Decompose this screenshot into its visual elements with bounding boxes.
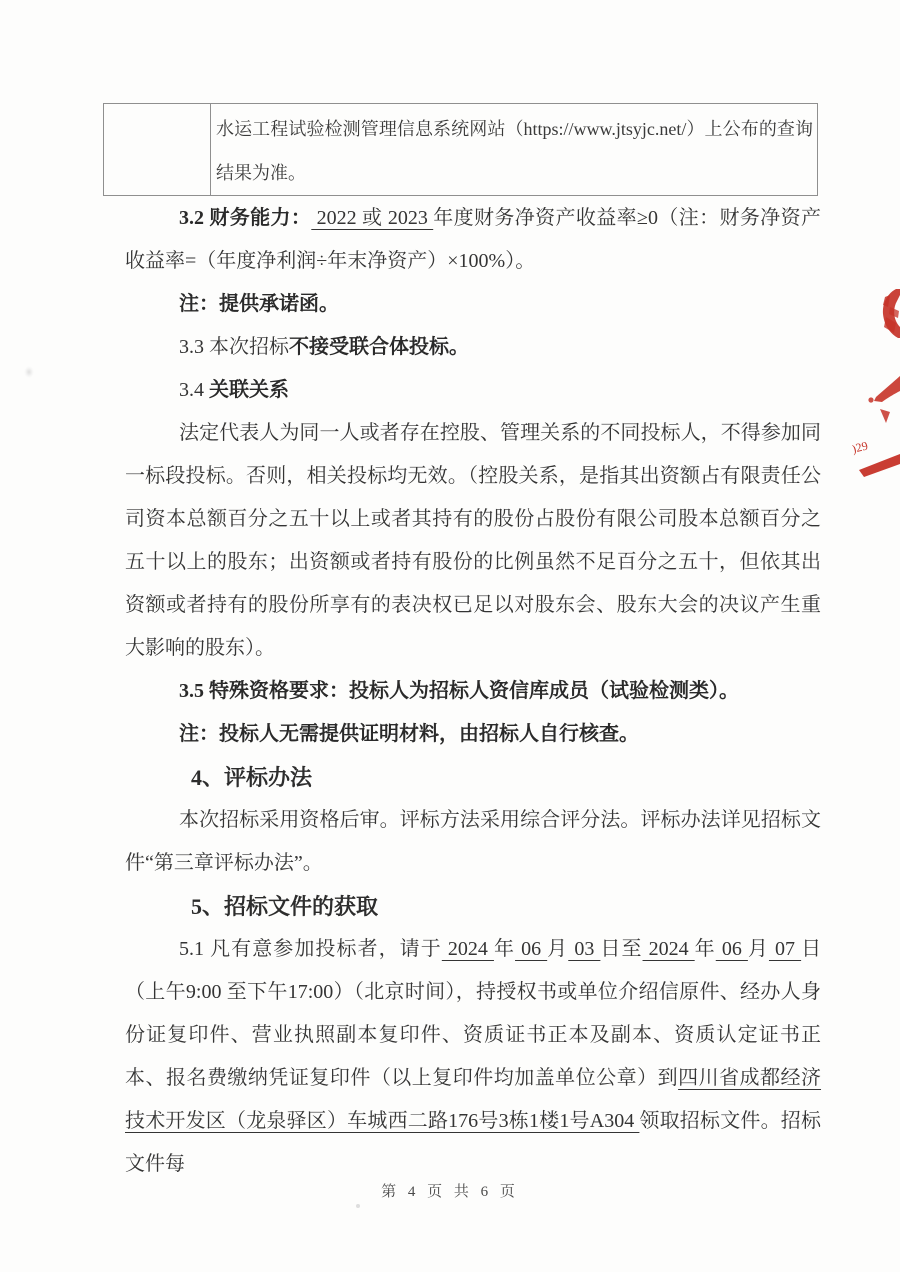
paragraph-3-5-special-qualification: 3.5 特殊资格要求：投标人为招标人资信库成员（试验检测类）。 — [125, 670, 821, 713]
text-segment: 2024 — [442, 938, 494, 960]
text-segment: 3.4 — [179, 379, 209, 401]
text-segment: 年 — [494, 938, 515, 960]
table-cell-empty — [104, 104, 211, 196]
paragraph-affiliation-rules: 法定代表人为同一人或者存在控股、管理关系的不同投标人，不得参加同一标段投标。否则… — [125, 412, 821, 670]
text-segment: 06 — [716, 938, 748, 960]
text-segment: 5.1 凡有意参加投标者，请于 — [179, 938, 442, 960]
text-segment: 本次招标采用资格后审。评标方法采用综合评分法。评标办法详见招标文件“第三章评标办… — [125, 809, 821, 874]
section-heading-5-obtain-documents: 5、招标文件的获取 — [125, 885, 821, 928]
info-table: 水运工程试验检测管理信息系统网站（https://www.jtsyjc.net/… — [103, 103, 818, 196]
scan-artifact-smudge — [24, 366, 34, 378]
body-text-column: 3.2 财务能力： 2022 或 2023 年度财务净资产收益率≥0（注：财务净… — [125, 197, 821, 1186]
paragraph-evaluation-method: 本次招标采用资格后审。评标方法采用综合评分法。评标办法详见招标文件“第三章评标办… — [125, 799, 821, 885]
text-segment: 年 — [695, 938, 716, 960]
text-segment: 2024 — [643, 938, 695, 960]
text-segment: 法定代表人为同一人或者存在控股、管理关系的不同投标人，不得参加同一标段投标。否则… — [125, 422, 821, 659]
text-segment: 注：投标人无需提供证明材料，由招标人自行核查。 — [179, 723, 639, 745]
official-seal-fragment: )29 — [852, 283, 900, 498]
page-number-footer: 第 4 页 共 6 页 — [0, 1180, 900, 1201]
text-segment: 财务能力： — [209, 207, 311, 229]
note-no-proof-needed: 注：投标人无需提供证明材料，由招标人自行核查。 — [125, 713, 821, 756]
table-cell-text: 水运工程试验检测管理信息系统网站（https://www.jtsyjc.net/… — [211, 104, 818, 196]
paragraph-3-3-no-consortium: 3.3 本次招标不接受联合体投标。 — [125, 326, 821, 369]
paragraph-5-1-document-pickup: 5.1 凡有意参加投标者，请于 2024 年 06 月 03 日至 2024 年… — [125, 928, 821, 1186]
text-segment: 06 — [515, 938, 547, 960]
table-row: 水运工程试验检测管理信息系统网站（https://www.jtsyjc.net/… — [104, 104, 818, 196]
document-page: 水运工程试验检测管理信息系统网站（https://www.jtsyjc.net/… — [0, 0, 900, 1272]
text-segment: 月 — [748, 938, 769, 960]
text-segment: 关联关系 — [209, 379, 289, 401]
text-segment: 日至 — [600, 938, 642, 960]
paragraph-3-4-affiliation-heading: 3.4 关联关系 — [125, 369, 821, 412]
section-heading-4-evaluation-method: 4、评标办法 — [125, 756, 821, 799]
text-segment: 3.5 特殊资格要求：投标人为招标人资信库成员（试验检测类）。 — [179, 680, 739, 702]
text-segment: 注：提供承诺函。 — [179, 293, 339, 315]
paragraph-3-2-financial-capacity: 3.2 财务能力： 2022 或 2023 年度财务净资产收益率≥0（注：财务净… — [125, 197, 821, 283]
text-segment: 03 — [568, 938, 600, 960]
text-segment: 3.2 — [179, 207, 209, 229]
text-segment: 07 — [769, 938, 801, 960]
text-segment: 不接受联合体投标。 — [289, 336, 469, 358]
scan-artifact-dot — [356, 1204, 360, 1208]
seal-number-text: )29 — [852, 438, 869, 455]
note-commitment-letter: 注：提供承诺函。 — [125, 283, 821, 326]
text-segment: 2022 或 2023 — [311, 207, 433, 229]
text-segment: 月 — [547, 938, 568, 960]
text-segment: 3.3 本次招标 — [179, 336, 289, 358]
